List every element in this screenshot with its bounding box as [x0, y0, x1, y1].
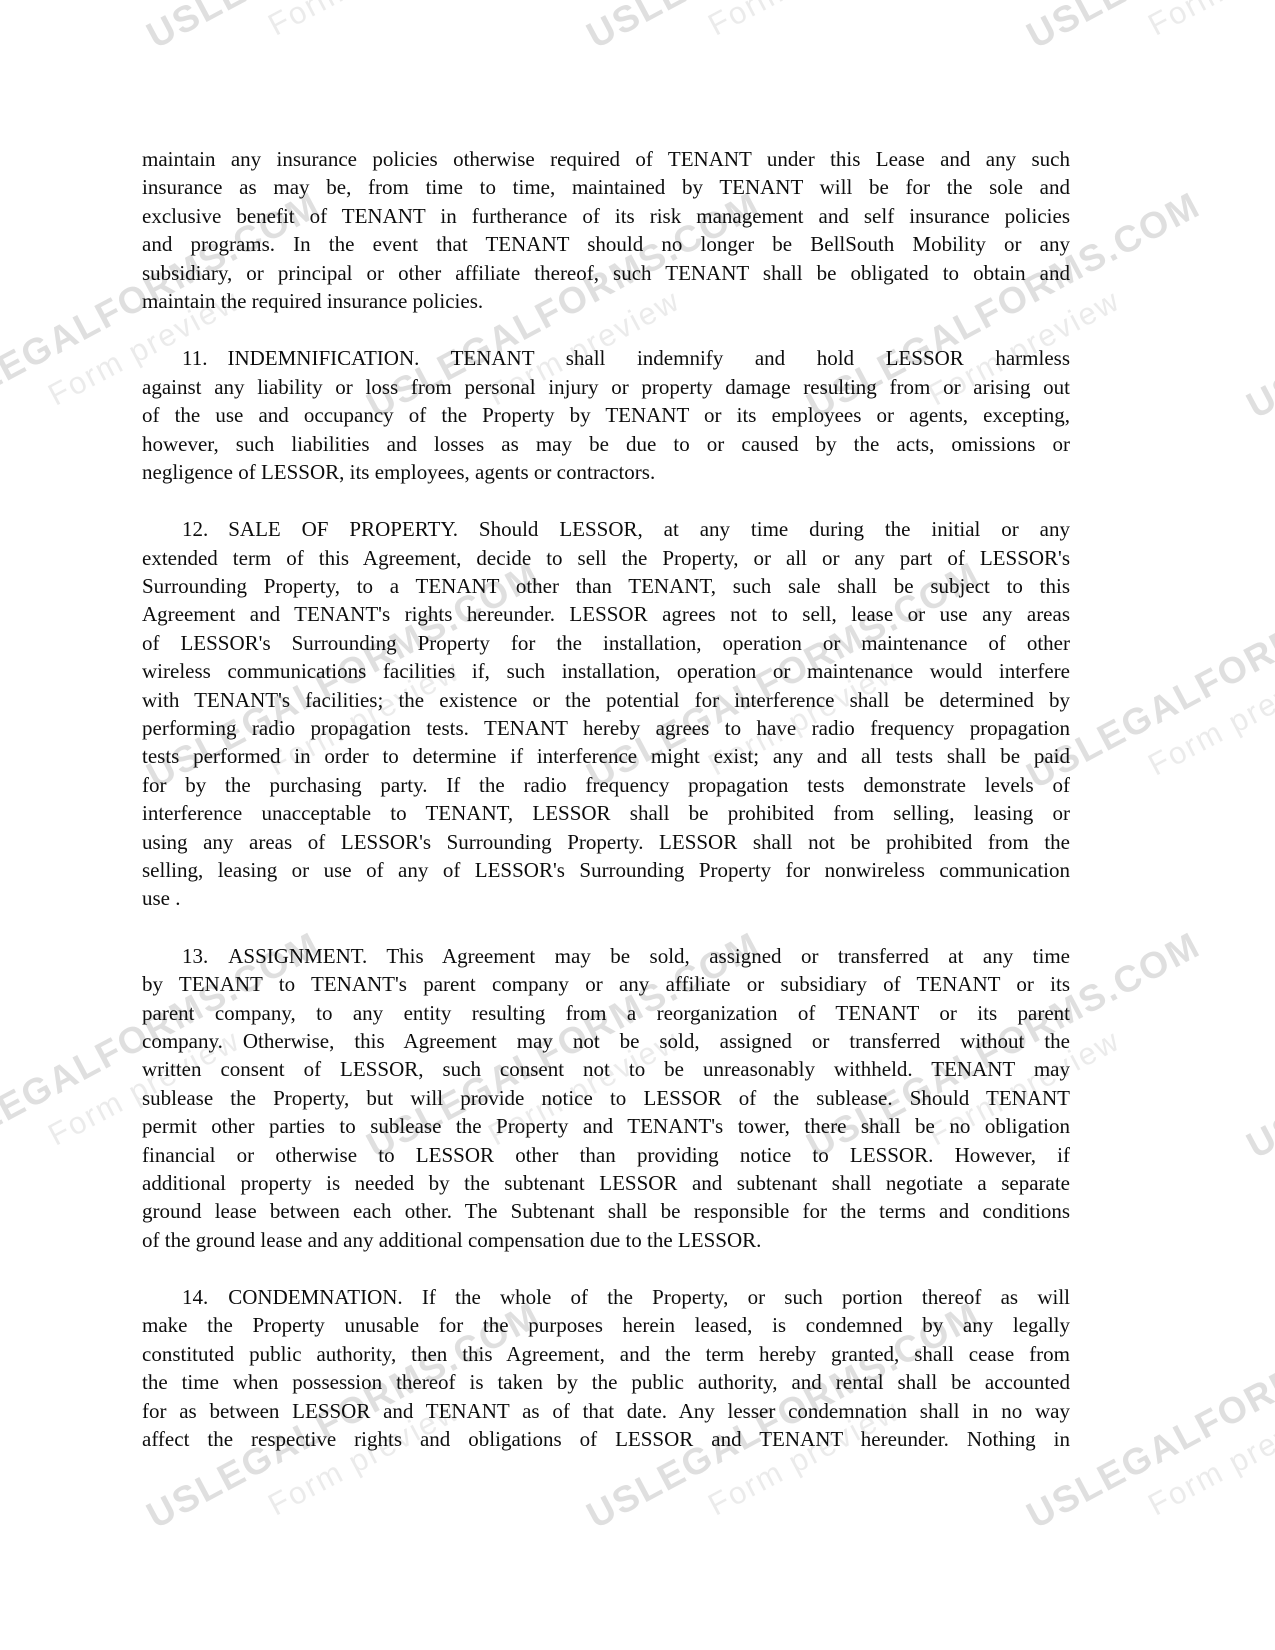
watermark-tile: USLEGALFORMS.COMForm preview: [140, 0, 568, 96]
paragraph-number: 12.: [182, 517, 208, 541]
paragraph-11-indemnification: 11.INDEMNIFICATION. TENANT shall indemni…: [142, 344, 1070, 486]
text-line: and programs. In the event that TENANT s…: [142, 230, 1070, 258]
text-line: constituted public authority, then this …: [142, 1340, 1070, 1368]
paragraph-12-sale-of-property: 12.SALE OF PROPERTY. Should LESSOR, at a…: [142, 515, 1070, 912]
paragraph-number: 13.: [182, 944, 208, 968]
text-line: maintain the required insurance policies…: [142, 287, 1070, 315]
text-line: financial or otherwise to LESSOR other t…: [142, 1141, 1070, 1169]
paragraph-number: 11.: [182, 346, 207, 370]
text-line: performing radio propagation tests. TENA…: [142, 714, 1070, 742]
text-line: against any liability or loss from perso…: [142, 373, 1070, 401]
text-line: subsidiary, or principal or other affili…: [142, 259, 1070, 287]
text-line: Surrounding Property, to a TENANT other …: [142, 572, 1070, 600]
text-line: additional property is needed by the sub…: [142, 1169, 1070, 1197]
text-line: maintain any insurance policies otherwis…: [142, 145, 1070, 173]
text-line: 11.INDEMNIFICATION. TENANT shall indemni…: [142, 344, 1070, 372]
text-line: for as between LESSOR and TENANT as of t…: [142, 1397, 1070, 1425]
text-line: for by the purchasing party. If the radi…: [142, 771, 1070, 799]
document-page: { "watermark": { "line1": "USLEGALFORMS.…: [0, 0, 1275, 1650]
text-line: 12.SALE OF PROPERTY. Should LESSOR, at a…: [142, 515, 1070, 543]
text-line: wireless communications facilities if, s…: [142, 657, 1070, 685]
text-line: of LESSOR's Surrounding Property for the…: [142, 629, 1070, 657]
text-line: selling, leasing or use of any of LESSOR…: [142, 856, 1070, 884]
watermark-brand-text: USLEGALFORMS.COM: [580, 0, 987, 57]
watermark-tile: USLEGALFORMS.COMForm preview: [1020, 0, 1275, 96]
text-line: with TENANT's facilities; the existence …: [142, 686, 1070, 714]
text-line: extended term of this Agreement, decide …: [142, 544, 1070, 572]
text-line: affect the respective rights and obligat…: [142, 1425, 1070, 1453]
text-line: of the ground lease and any additional c…: [142, 1226, 1070, 1254]
text-line: however, such liabilities and losses as …: [142, 430, 1070, 458]
text-line: using any areas of LESSOR's Surrounding …: [142, 828, 1070, 856]
text-line: parent company, to any entity resulting …: [142, 999, 1070, 1027]
text-line: use .: [142, 884, 1070, 912]
watermark-brand-text: USLEGALFORMS.COM: [1020, 0, 1275, 57]
watermark-preview-text: Form preview: [1142, 598, 1275, 783]
text-line: sublease the Property, but will provide …: [142, 1084, 1070, 1112]
paragraph-number: 14.: [182, 1285, 208, 1309]
text-line: written consent of LESSOR, such consent …: [142, 1055, 1070, 1083]
paragraph-14-condemnation: 14.CONDEMNATION. If the whole of the Pro…: [142, 1283, 1070, 1453]
paragraph-13-assignment: 13.ASSIGNMENT. This Agreement may be sol…: [142, 942, 1070, 1254]
watermark-preview-text: Form preview: [1142, 1338, 1275, 1523]
text-line: company. Otherwise, this Agreement may n…: [142, 1027, 1070, 1055]
text-line: exclusive benefit of TENANT in furtheran…: [142, 202, 1070, 230]
text-line: ground lease between each other. The Sub…: [142, 1197, 1070, 1225]
text-line: tests performed in order to determine if…: [142, 742, 1070, 770]
watermark-brand-text: USLEGALFORMS.COM: [1240, 924, 1275, 1167]
watermark-tile: USLEGALFORMS.COMForm preview: [1240, 924, 1275, 1206]
text-line: by TENANT to TENANT's parent company or …: [142, 970, 1070, 998]
paragraph-insurance-continuation: maintain any insurance policies otherwis…: [142, 145, 1070, 315]
watermark-brand-text: USLEGALFORMS.COM: [1240, 184, 1275, 427]
text-line: the time when possession thereof is take…: [142, 1368, 1070, 1396]
watermark-tile: USLEGALFORMS.COMForm preview: [580, 0, 1008, 96]
text-line: of the use and occupancy of the Property…: [142, 401, 1070, 429]
text-line: insurance as may be, from time to time, …: [142, 173, 1070, 201]
text-line: make the Property unusable for the purpo…: [142, 1311, 1070, 1339]
text-line: permit other parties to sublease the Pro…: [142, 1112, 1070, 1140]
text-line: Agreement and TENANT's rights hereunder.…: [142, 600, 1070, 628]
watermark-preview-text: Form preview: [262, 0, 568, 43]
lease-agreement-text: maintain any insurance policies otherwis…: [142, 145, 1070, 1453]
watermark-tile: USLEGALFORMS.COMForm preview: [1240, 184, 1275, 466]
watermark-preview-text: Form preview: [1142, 0, 1275, 43]
text-line: interference unacceptable to TENANT, LES…: [142, 799, 1070, 827]
watermark-preview-text: Form preview: [702, 0, 1008, 43]
text-line: 14.CONDEMNATION. If the whole of the Pro…: [142, 1283, 1070, 1311]
text-line: negligence of LESSOR, its employees, age…: [142, 458, 1070, 486]
text-line: 13.ASSIGNMENT. This Agreement may be sol…: [142, 942, 1070, 970]
watermark-brand-text: USLEGALFORMS.COM: [140, 0, 547, 57]
